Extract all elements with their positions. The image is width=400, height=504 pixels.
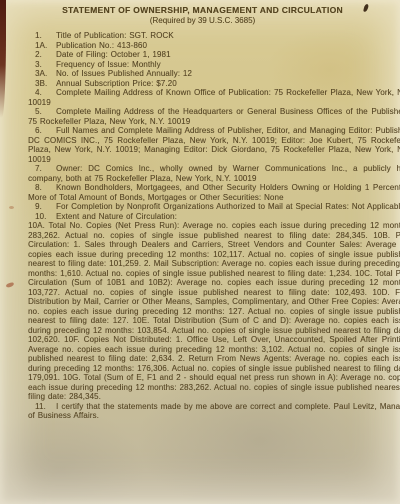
item-number: 1A. — [35, 41, 56, 51]
ink-smudge — [6, 282, 15, 288]
item-number: 5. — [35, 107, 56, 117]
circulation-paragraph: 10A. Total No. Copies (Net Press Run): A… — [28, 221, 400, 402]
item-number: 4. — [35, 88, 56, 98]
item-text: Owner: DC Comics Inc., wholly owned by W… — [28, 164, 400, 183]
item-text: I certify that the statements made by me… — [28, 402, 400, 421]
ink-smudge — [9, 206, 14, 209]
document-title: STATEMENT OF OWNERSHIP, MANAGEMENT AND C… — [5, 5, 400, 15]
item-text: Publication No.: 413-860 — [56, 41, 147, 50]
item-text: Complete Mailing Address of Known Office… — [28, 88, 400, 107]
item-text: Title of Publication: SGT. ROCK — [56, 31, 174, 40]
list-item: 6.Full Names and Complete Mailing Addres… — [28, 126, 400, 164]
item-number: 11. — [35, 402, 56, 412]
list-item: 2.Date of Filing: October 1, 1981 — [28, 50, 400, 60]
list-item: 1.Title of Publication: SGT. ROCK — [28, 31, 400, 41]
item-text: Full Names and Complete Mailing Address … — [28, 126, 400, 164]
item-number: 9. — [35, 202, 56, 212]
item-text: Annual Subscription Price: $7.20 — [56, 79, 177, 88]
item-number: 1. — [35, 31, 56, 41]
item-text: Date of Filing: October 1, 1981 — [56, 50, 171, 59]
item-number: 8. — [35, 183, 56, 193]
item-number: 6. — [35, 126, 56, 136]
item-text: No. of Issues Published Annually: 12 — [56, 69, 192, 78]
list-item: 7.Owner: DC Comics Inc., wholly owned by… — [28, 164, 400, 183]
list-item: 9.For Completion by Nonprofit Organizati… — [28, 202, 400, 212]
item-text: Complete Mailing Address of the Headquar… — [28, 107, 400, 126]
list-item: 3B.Annual Subscription Price: $7.20 — [28, 79, 400, 89]
item-number: 2. — [35, 50, 56, 60]
item-number: 3. — [35, 60, 56, 70]
list-item: 1A.Publication No.: 413-860 — [28, 41, 400, 51]
item-text: Extent and Nature of Circulation: — [56, 212, 177, 221]
list-item: 5.Complete Mailing Address of the Headqu… — [28, 107, 400, 126]
list-item: 4.Complete Mailing Address of Known Offi… — [28, 88, 400, 107]
item-text: Known Bondholders, Mortgagees, and Other… — [28, 183, 400, 202]
item-text: For Completion by Nonprofit Organization… — [56, 202, 400, 211]
item-number: 3A. — [35, 69, 56, 79]
item-number: 3B. — [35, 79, 56, 89]
list-item: 3A.No. of Issues Published Annually: 12 — [28, 69, 400, 79]
list-item: 3.Frequency of Issue: Monthly — [28, 60, 400, 70]
item-number: 7. — [35, 164, 56, 174]
item-number: 10. — [35, 212, 56, 222]
list-item: 10.Extent and Nature of Circulation: — [28, 212, 400, 222]
certification-item: 11.I certify that the statements made by… — [28, 402, 400, 421]
statement-page: STATEMENT OF OWNERSHIP, MANAGEMENT AND C… — [0, 0, 400, 504]
statement-body: 1.Title of Publication: SGT. ROCK 1A.Pub… — [28, 31, 400, 421]
document-header: STATEMENT OF OWNERSHIP, MANAGEMENT AND C… — [5, 5, 400, 25]
list-item: 8.Known Bondholders, Mortgagees, and Oth… — [28, 183, 400, 202]
item-text: Frequency of Issue: Monthly — [56, 60, 161, 69]
document-subtitle: (Required by 39 U.S.C. 3685) — [5, 16, 400, 25]
